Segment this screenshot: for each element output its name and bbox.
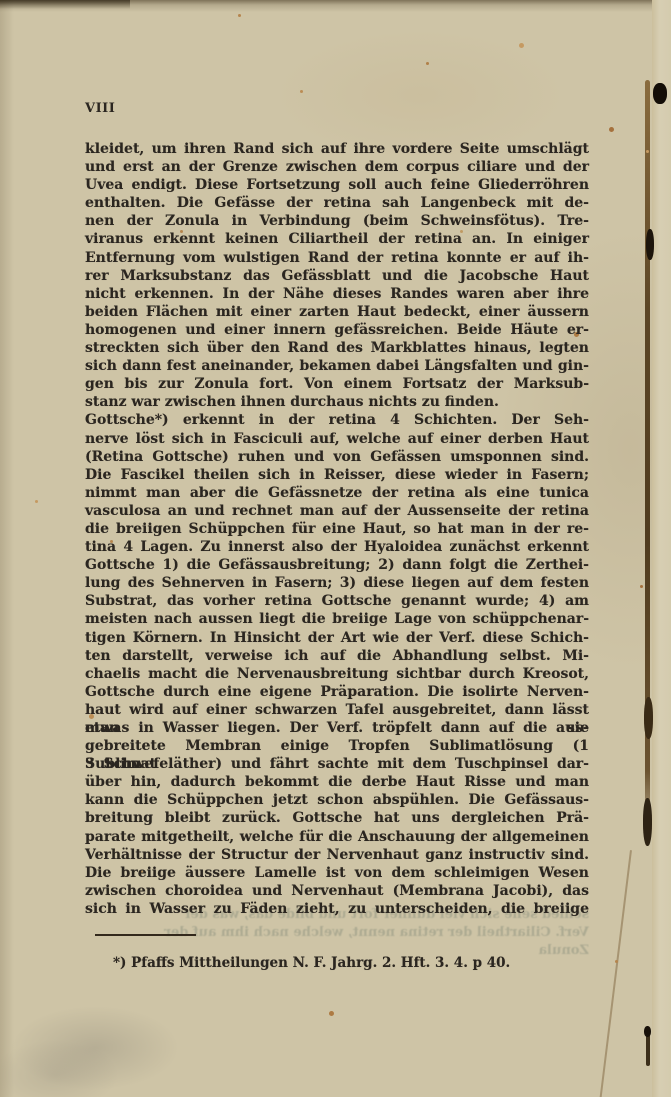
text-line: beiden Flächen mit einer zarten Haut bed… <box>85 303 589 321</box>
paragraph-1: kleidet, um ihren Rand sich auf ihre vor… <box>85 140 589 411</box>
text-line: haut wird auf einer schwarzen Tafel ausg… <box>85 701 589 719</box>
text-line: viranus erkennt keinen Ciliartheil der r… <box>85 230 589 248</box>
text-line: (Retina Gottsche) ruhen und von Gefässen… <box>85 448 589 466</box>
ink-stain <box>653 83 667 104</box>
text-line: meisten nach aussen liegt die breiige La… <box>85 610 589 628</box>
text-line: nicht erkennen. In der Nähe dieses Rande… <box>85 285 589 303</box>
text-line: tigen Körnern. In Hinsicht der Art wie d… <box>85 629 589 647</box>
text-line: nen der Zonula in Verbindung (beim Schwe… <box>85 212 589 230</box>
text-line: lung des Sehnerven in Fasern; 3) diese l… <box>85 574 589 592</box>
text-line: und erst an der Grenze zwischen dem corp… <box>85 158 589 176</box>
ink-stain <box>644 697 653 739</box>
text-line: zwischen choroidea und Nervenhaut (Membr… <box>85 882 589 900</box>
text-line: tina 4 Lagen. Zu innerst also der Hyaloi… <box>85 538 589 556</box>
text-line: vasculosa an und rechnet man auf der Aus… <box>85 502 589 520</box>
text-line: Gottsche 1) die Gefässausbreitung; 2) da… <box>85 556 589 574</box>
text-line: homogenen und einer innern gefässreichen… <box>85 321 589 339</box>
text-line: sich dann fest aneinander, bekamen dabei… <box>85 357 589 375</box>
scanned-book-page: schied sehe sich viel dünner fort und bi… <box>0 0 671 1097</box>
text-line: breitung bleibt zurück. Gottsche hat uns… <box>85 809 589 827</box>
text-line: chaelis macht die Nervenausbreitung sich… <box>85 665 589 683</box>
text-line: streckten sich über den Rand des Markbla… <box>85 339 589 357</box>
text-line: gebreitete Membran einige Tropfen Sublim… <box>85 737 589 755</box>
ink-stain <box>646 229 654 260</box>
paragraph-2: Gottsche*) erkennt in der retina 4 Schic… <box>85 411 589 918</box>
text-line: enthalten. Die Gefässe der retina sah La… <box>85 194 589 212</box>
text-line: stanz war zwischen ihnen durchaus nichts… <box>85 393 589 411</box>
text-line: Gottsche*) erkennt in der retina 4 Schic… <box>85 411 589 429</box>
text-line: parate mitgetheilt, welche für die Ansch… <box>85 828 589 846</box>
text-line: 3 Schwefeläther) und fährt sachte mit de… <box>85 755 589 773</box>
text-line: nerve löst sich in Fasciculi auf, welche… <box>85 430 589 448</box>
page-crease <box>600 850 632 1097</box>
text-line: Substrat, das vorher retina Gottsche gen… <box>85 592 589 610</box>
text-line: gen bis zur Zonula fort. Von einem Forts… <box>85 375 589 393</box>
text-line: kleidet, um ihren Rand sich auf ihre vor… <box>85 140 589 158</box>
text-line: kann die Schüppchen jetzt schon abspühle… <box>85 791 589 809</box>
footnote-rule <box>95 934 196 936</box>
text-line: nimmt man aber die Gefässnetze der retin… <box>85 484 589 502</box>
foxing-spots <box>238 14 241 17</box>
bleedthrough-line: Verf. Ciliartheil der retina nennt, welc… <box>85 924 589 942</box>
footnote: *) Pfaffs Mittheilungen N. F. Jahrg. 2. … <box>85 954 589 972</box>
scan-shadow <box>0 0 130 9</box>
text-line: die breiigen Schüppchen für eine Haut, s… <box>85 520 589 538</box>
text-line: etwas in Wasser liegen. Der Verf. tröpfe… <box>85 719 589 737</box>
page-edge-strip <box>652 0 671 1097</box>
text-line: Gottsche durch eine eigene Präparation. … <box>85 683 589 701</box>
page-number: VIII <box>85 101 115 116</box>
text-line: über hin, dadurch bekommt die derbe Haut… <box>85 773 589 791</box>
text-line: Uvea endigt. Diese Fortsetzung soll auch… <box>85 176 589 194</box>
ink-stain <box>643 798 652 846</box>
text-block: kleidet, um ihren Rand sich auf ihre vor… <box>85 140 589 918</box>
text-line: Verhältnisse der Structur der Nervenhaut… <box>85 846 589 864</box>
text-line: Die Fascikel theilen sich in Reisser, di… <box>85 466 589 484</box>
text-line: ten darstellt, verweise ich auf die Abha… <box>85 647 589 665</box>
text-line: sich in Wasser zu Fäden zieht, zu unters… <box>85 900 589 918</box>
text-line: rer Marksubstanz das Gefässblatt und die… <box>85 267 589 285</box>
text-line: Die breiige äussere Lamelle ist von dem … <box>85 864 589 882</box>
text-line: Entfernung vom wulstigen Rand der retina… <box>85 249 589 267</box>
ink-stain <box>644 1026 651 1037</box>
